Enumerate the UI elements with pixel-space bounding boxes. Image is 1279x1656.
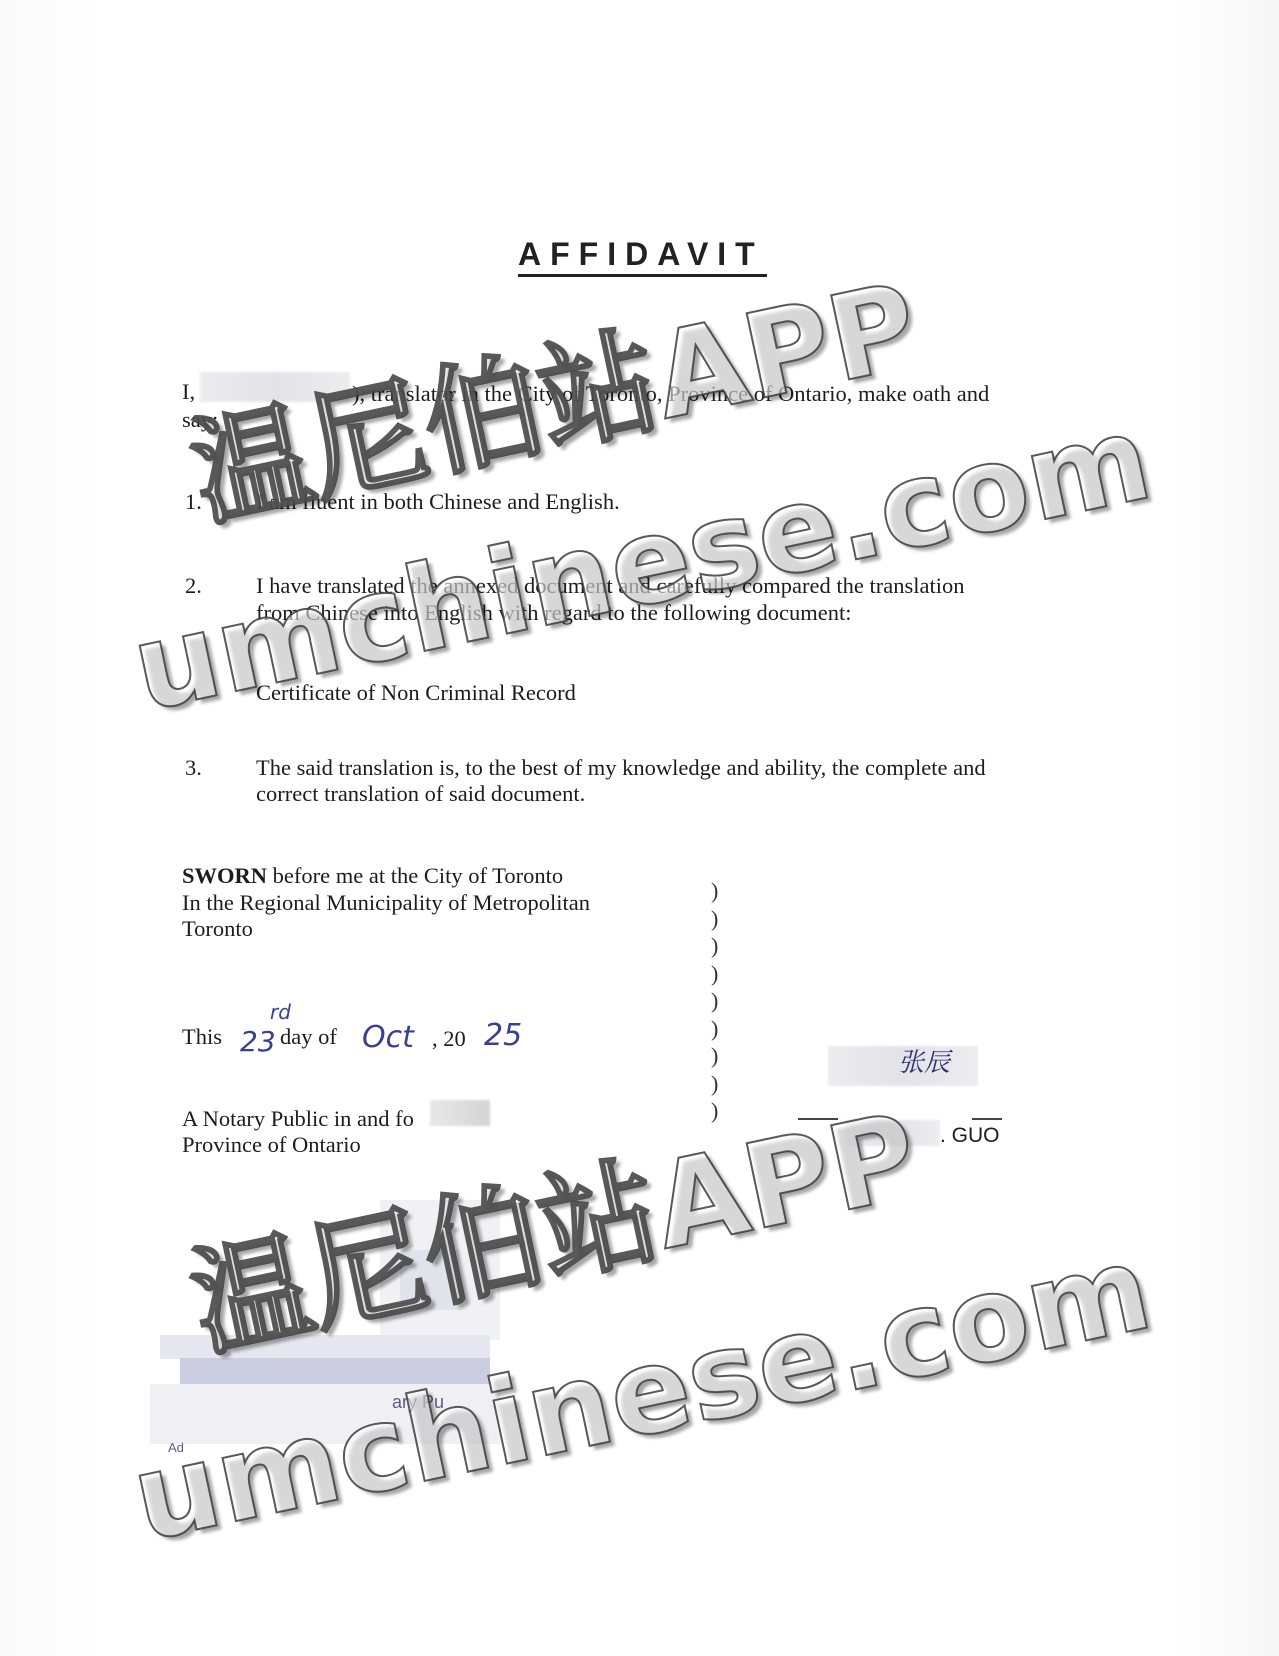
date-month-handwritten: Oct: [362, 1020, 414, 1055]
intro-continuation: say:: [182, 406, 218, 433]
paragraph-1-number: 1.: [185, 488, 202, 515]
intro-prefix: I,: [182, 378, 195, 405]
paragraph-1-text: I am fluent in both Chinese and English.: [256, 488, 620, 515]
stamp-partial-address: Ad: [168, 1440, 184, 1455]
parenthesis-mark: ): [711, 1071, 718, 1097]
notary-line-2: Province of Ontario: [182, 1131, 361, 1158]
redacted-translator-name: [200, 372, 350, 402]
paragraph-3-line-1: The said translation is, to the best of …: [256, 754, 986, 781]
paragraph-3-line-2: correct translation of said document.: [256, 780, 585, 807]
parenthesis-mark: ): [711, 961, 718, 987]
signature-handwritten: 张辰: [898, 1042, 950, 1079]
sworn-bold: SWORN: [182, 863, 267, 888]
redacted-signatory-name: [845, 1120, 940, 1146]
sworn-line-1: SWORN before me at the City of Toronto: [182, 862, 563, 889]
parenthesis-mark: ): [711, 933, 718, 959]
title-underline: [518, 274, 767, 277]
date-day-handwritten: 23: [240, 1025, 276, 1058]
parenthesis-mark: ): [711, 1016, 718, 1042]
sworn-line-2: In the Regional Municipality of Metropol…: [182, 889, 590, 916]
document-title: AFFIDAVIT: [518, 236, 764, 273]
paragraph-2-number: 2.: [185, 572, 202, 599]
document-name: Certificate of Non Criminal Record: [256, 679, 576, 706]
sworn-line-3: Toronto: [182, 915, 253, 942]
parenthesis-mark: ): [711, 906, 718, 932]
paragraph-2-line-1: I have translated the annexed document a…: [256, 572, 964, 599]
parenthesis-mark: ): [711, 988, 718, 1014]
date-year-handwritten: 25: [484, 1018, 522, 1053]
parenthesis-mark: ): [711, 878, 718, 904]
signature-line-left: [798, 1118, 838, 1120]
stamp-partial-text: ary Pu: [392, 1392, 444, 1413]
signature-line-right: [972, 1118, 1002, 1120]
parenthesis-mark: ): [711, 1098, 718, 1124]
redacted-notary-jurisdiction: [430, 1100, 490, 1126]
paragraph-3-number: 3.: [185, 754, 202, 781]
notary-line-1: A Notary Public in and fo: [182, 1105, 414, 1132]
date-day-of: day of: [280, 1023, 337, 1050]
signatory-name: . GUO: [940, 1124, 1000, 1148]
sworn-line-1-rest: before me at the City of Toronto: [267, 863, 563, 888]
date-this: This: [182, 1023, 222, 1050]
intro-text: ), translator in the City of Toronto, Pr…: [352, 380, 989, 407]
date-year-prefix: , 20: [432, 1025, 466, 1052]
parenthesis-mark: ): [711, 1043, 718, 1069]
paragraph-2-line-2: from Chinese into English with regard to…: [256, 599, 852, 626]
date-day-suffix-handwritten: rd: [270, 1000, 291, 1024]
